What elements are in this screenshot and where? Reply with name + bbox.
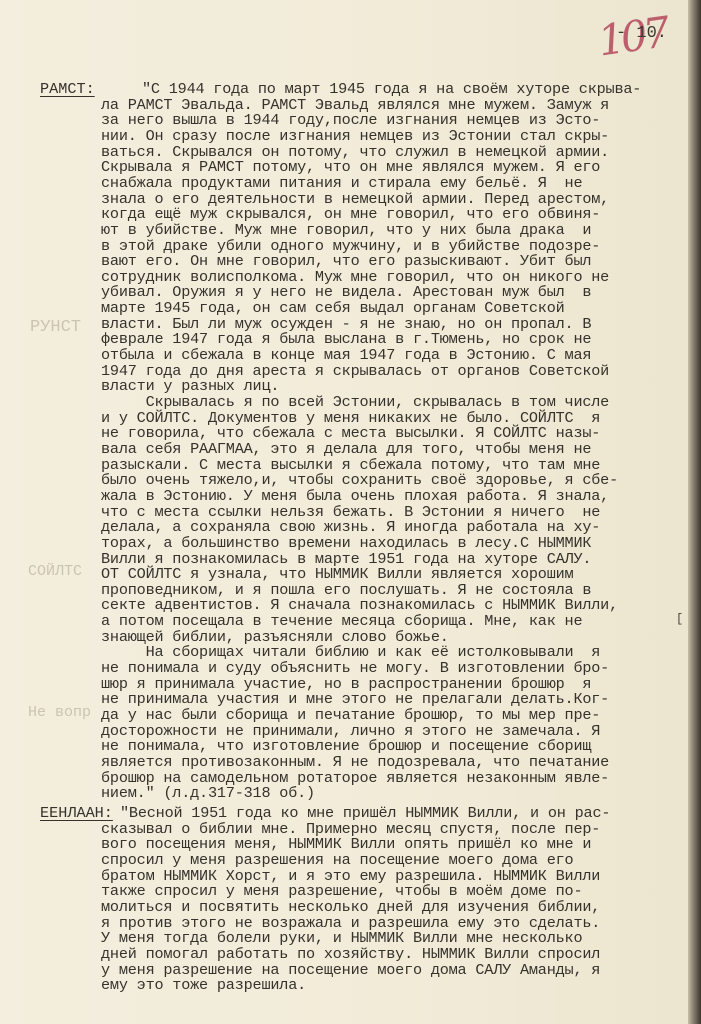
typed-line: феврале 1947 года я была выслана в г.Тюм… [101,331,591,347]
typed-line: также спросил у меня разрешение, чтобы в… [101,883,582,899]
typed-line: Скрывала я РАМСТ потому, что он мне явля… [101,159,600,175]
typed-line: и у СОЙЛТС. Документов у меня никаких не… [101,410,600,426]
document-page: 107 - 10. РУНСТ СОЙЛТС Не вопр РАМСТ: "С… [0,0,688,1024]
typed-line: является противозаконным. Я не подозрева… [101,754,609,770]
typed-line: ему это тоже разрешила. [101,977,306,993]
typed-page-number: - 10. [616,24,667,43]
typed-line: знала о его деятельности в немецкой арми… [101,191,609,207]
typed-line: Скрывалась я по всей Эстонии, скрывалась… [101,394,609,410]
typed-line: ваться. Скрывался он потому, что служил … [101,144,609,160]
bleed-through-text: РУНСТ [30,318,81,337]
typed-line: не понимала и суду объяснить не могу. В … [101,660,609,676]
typed-line: за него вышла в 1944 году,после изгнания… [101,112,600,128]
typed-line: власти. Был ли муж осужден - я не знаю, … [101,316,591,332]
typed-line: что с места ссылки нельзя бежать. В Эсто… [101,504,600,520]
typed-line: вают его. Он мне говорил, что его разыск… [101,253,591,269]
typed-line: шюр я принимала участие, но в распростра… [101,676,591,692]
typed-line: разыскали. С места высылки я сбежала пот… [101,457,600,473]
typed-line: торах, а большинство времени находилась … [101,535,591,551]
typed-line: убивал. Оружия я у него не видела. Арест… [101,284,591,300]
typed-line: было очень тяжело,и, чтобы сохранить сво… [101,472,618,488]
typed-line: досторожности не принимали, лично я этог… [101,723,600,739]
typed-line: нием." (л.д.317-318 об.) [101,785,315,801]
typed-line: делала, а сохраняла свою жизнь. Я иногда… [101,519,600,535]
typed-line: жала в Эстонию. У меня была очень плохая… [101,488,609,504]
typed-line: ют в убийстве. Муж мне говорил, что у ни… [101,222,591,238]
typed-line: знающей библии, разъясняли слово божье. [101,629,449,645]
typed-line: вала себя РААГМАА, это я делала для того… [101,441,591,457]
typed-line: не принимала участия и мне этого не прел… [101,691,609,707]
typed-line: сотрудник волисполкома. Муж мне говорил,… [101,269,609,285]
typed-line: брошюр на самодельном ротаторое является… [101,770,609,786]
typed-line: когда ещё муж скрывался, он мне говорил,… [101,206,600,222]
margin-bracket-mark: [ [676,612,683,626]
typed-line: проповедником, и я пошла его послушать. … [101,582,591,598]
page-edge-shadow [688,0,701,1024]
typed-line: вого посещения меня, НЫММИК Вилли опять … [101,836,591,852]
typed-line: Вилли я познакомилась в марте 1951 года … [101,551,591,567]
typed-line: ла РАМСТ Эвальда. РАМСТ Эвальд являлся м… [101,97,609,113]
typed-line: снабжала продуктами питания и стирала ем… [101,175,582,191]
typed-line: да у нас были сборища и печатание брошюр… [101,707,600,723]
typed-line: марте 1945 года, он сам себя выдал орган… [101,300,565,316]
typed-line: У меня тогда болели руки, и НЫММИК Вилли… [101,930,582,946]
typed-line: спросил у меня разрешения на посещение м… [101,852,573,868]
typed-line: секте адвентистов. Я сначала познакомила… [101,597,618,613]
bleed-through-text: СОЙЛТС [28,563,82,580]
typed-line: молиться и посвятить несколько дней для … [101,899,600,915]
typed-line: "С 1944 года по март 1945 года я на своё… [142,81,641,97]
typed-line: дней помогал работать по хозяйству. НЫММ… [101,946,600,962]
typed-line: не говорила, что сбежала с места высылки… [101,425,600,441]
bleed-through-text: Не вопр [28,704,91,721]
typed-line: отбыла и сбежала в конце мая 1947 года в… [101,347,591,363]
typed-line: нии. Он сразу после изгнания немцев из Э… [101,128,609,144]
speaker-label-ramst: РАМСТ: [40,80,95,98]
typed-line: я против этого не возражала и разрешила … [101,915,600,931]
typed-line: в этой драке убили одного мужчину, и в у… [101,238,600,254]
typed-line: "Весной 1951 года ко мне пришёл НЫММИК В… [120,805,610,821]
typed-line: у меня разрешение на посещение моего дом… [101,962,600,978]
typed-line: 1947 года до дня ареста я скрывалась от … [101,363,609,379]
typed-line: не понимала, что изготовление брошюр и п… [101,738,591,754]
typed-line: сказывал о библии мне. Примерно месяц сп… [101,821,600,837]
typed-line: На сборищах читали библию и как её истол… [101,644,600,660]
typed-line: власти у разных лиц. [101,378,279,394]
typed-line: братом НЫММИК Хорст, и я это ему разреши… [101,868,600,884]
typed-line: а потом посещала в течение месяца сборищ… [101,613,582,629]
typed-line: ОТ СОЙЛТС я узнала, что НЫММИК Вилли явл… [101,566,573,582]
